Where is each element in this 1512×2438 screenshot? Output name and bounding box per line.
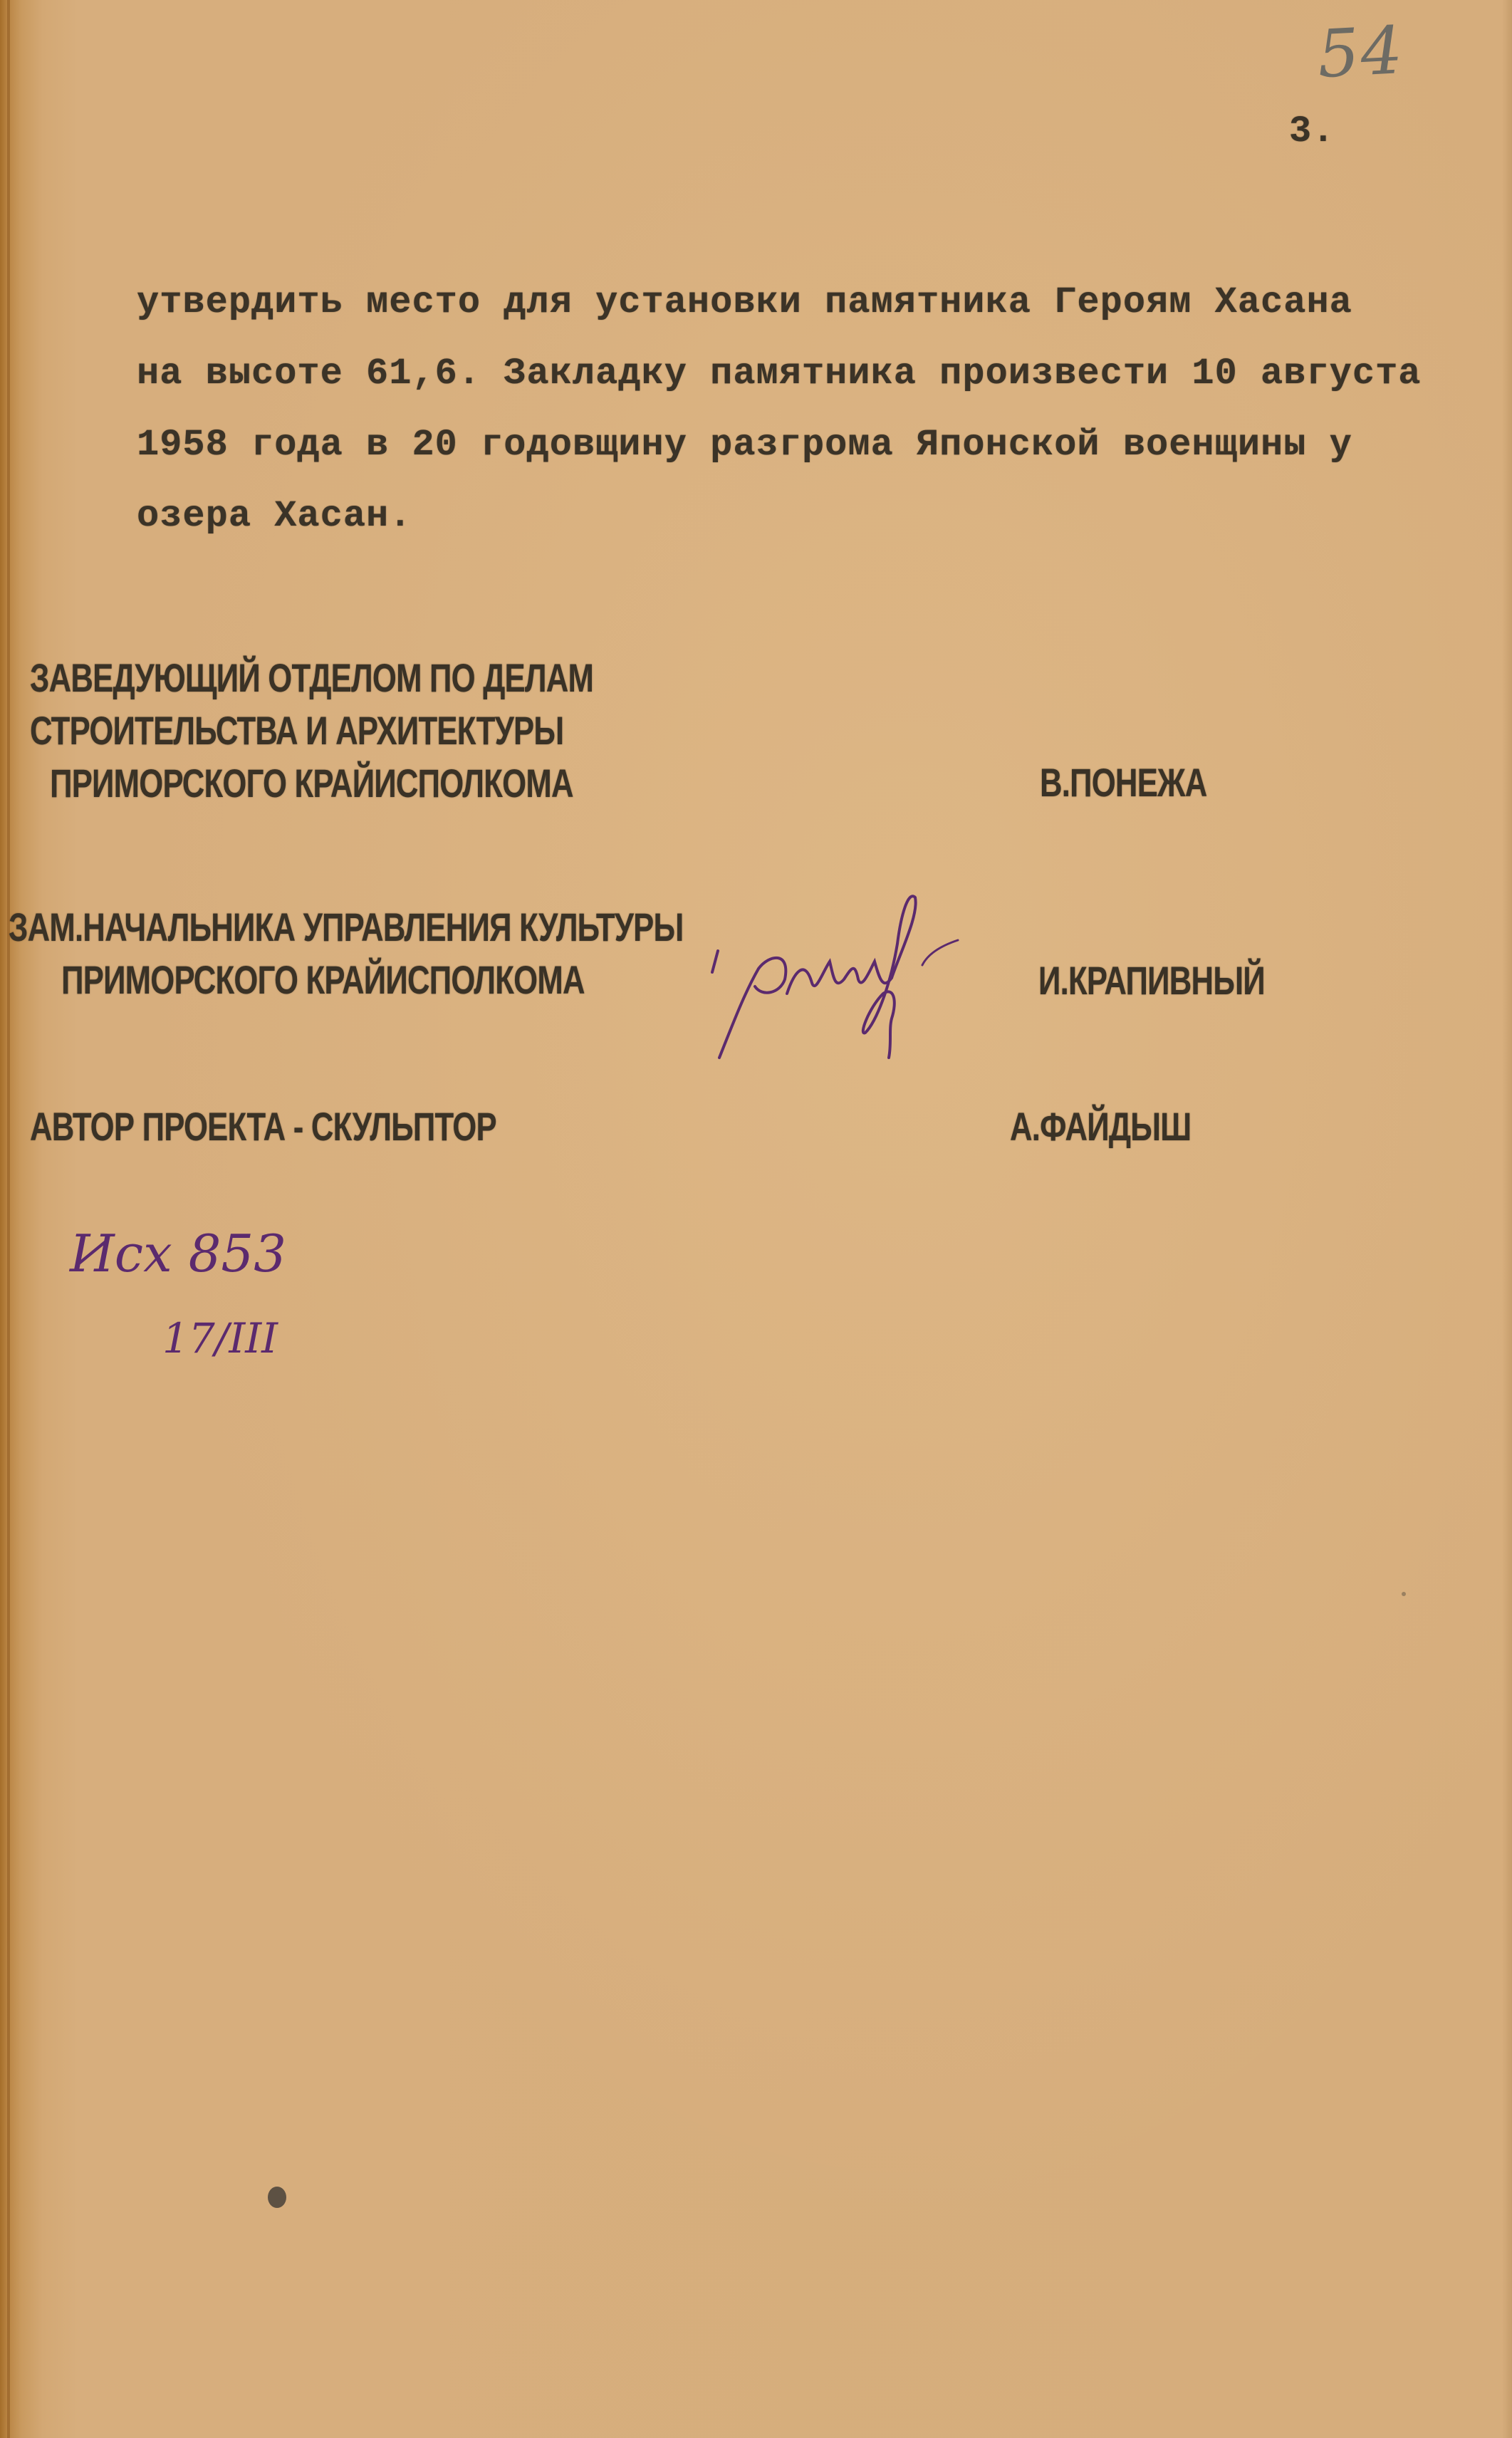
- binding-edge: [7, 0, 10, 2438]
- signatory-name-krapivny: И.КРАПИВНЫЙ: [1038, 954, 1265, 1007]
- body-line: утвердить место для установки памятника …: [137, 267, 1421, 338]
- signatory-title-line: АВТОР ПРОЕКТА - СКУЛЬПТОР: [30, 1100, 496, 1153]
- body-line: на высоте 61,6. Закладку памятника произ…: [137, 338, 1421, 410]
- signatory-title-line: ПРИМОРСКОГО КРАЙИСПОЛКОМА: [30, 757, 593, 810]
- ink-blemish: [1402, 1592, 1406, 1596]
- signatory-name-ponezha: В.ПОНЕЖА: [1040, 756, 1207, 809]
- signatory-name-faidysh: А.ФАЙДЫШ: [1010, 1100, 1191, 1153]
- handwritten-outgoing-number: Исх 853: [70, 1224, 286, 1283]
- signatory-title-line: СТРОИТЕЛЬСТВА И АРХИТЕКТУРЫ: [30, 704, 593, 757]
- body-line: озера Хасан.: [137, 481, 1421, 552]
- ink-blemish: [268, 2187, 286, 2208]
- page-number: 3.: [1289, 110, 1335, 152]
- signatory-title-line: ЗАВЕДУЮЩИЙ ОТДЕЛОМ ПО ДЕЛАМ: [30, 652, 593, 704]
- signatory-title-line: ЗАМ.НАЧАЛЬНИКА УПРАВЛЕНИЯ КУЛЬТУРЫ: [9, 901, 684, 954]
- body-line: 1958 года в 20 годовщину разгрома Японск…: [137, 410, 1421, 481]
- signatory-block-sculptor: АВТОР ПРОЕКТА - СКУЛЬПТОР: [30, 1100, 628, 1153]
- body-paragraph: утвердить место для установки памятника …: [137, 267, 1421, 552]
- archive-sheet-number: 54: [1315, 12, 1406, 93]
- signatory-title-line: ПРИМОРСКОГО КРАЙИСПОЛКОМА: [9, 954, 684, 1006]
- handwritten-signature: [705, 887, 1047, 1065]
- signatory-block-construction-dept: ЗАВЕДУЮЩИЙ ОТДЕЛОМ ПО ДЕЛАМ СТРОИТЕЛЬСТВ…: [30, 652, 752, 810]
- handwritten-date: 17/III: [162, 1314, 278, 1363]
